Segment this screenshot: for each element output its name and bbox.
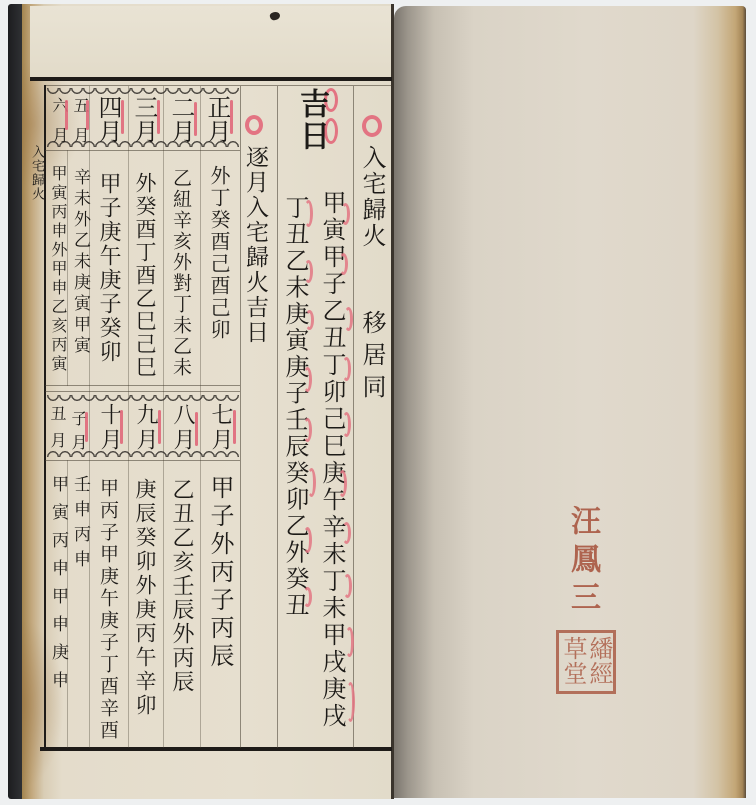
red-month-mark [195,412,198,446]
margin-label: 入宅歸火 [30,145,43,201]
name-stamp: 汪鳳三 [567,505,597,619]
column-divider [277,86,278,748]
month-label-7: 七月 [209,403,231,453]
month-label-1: 正月 [205,95,229,143]
month-days-9: 庚辰癸卯外庚丙午辛卯 [134,478,155,718]
red-month-mark [233,410,236,444]
frame-top-inner-line [45,85,392,86]
red-oval-mark [303,418,312,442]
cloud-border-lower-top [47,395,239,402]
frame-bottom-border [40,747,392,751]
month-label-10: 十月 [98,403,120,453]
section-title: 入宅歸火 [360,145,384,249]
column-divider [240,86,241,748]
month-days-4: 甲子庚午庚子癸卯 [97,172,119,364]
middle-divider-line [45,385,240,386]
red-month-mark [230,100,233,134]
month-days-2: 乙紐辛亥外對丁未乙未 [171,168,190,378]
red-oval-mark [343,574,352,598]
month-label-3: 三月 [132,95,156,143]
red-month-mark [121,100,124,134]
red-oval-mark [303,587,312,607]
lower-header-bottom-line [45,460,240,461]
grid-column-line [128,86,129,748]
auspicious-days-column-2: 丁丑乙未庚寅庚子壬辰癸卯乙外癸丑 [283,195,307,619]
red-circle-mark [245,115,263,135]
month-days-8: 乙丑乙亥壬辰外丙辰 [170,478,192,694]
right-page-edge-stain [700,40,746,740]
seal-right-column: 繙經 [587,636,611,691]
month-label-4: 四月 [96,95,120,143]
month-label-12: 丑月 [49,405,65,459]
month-days-12: 甲寅丙申甲申庚申 [49,475,66,699]
monthly-heading: 逐月入宅歸火吉日 [243,145,266,345]
month-days-11: 壬申丙申 [71,475,88,575]
month-days-7: 甲子外丙子丙辰 [208,475,232,671]
seal-left-column: 草堂 [561,636,585,691]
red-oval-mark [339,253,348,275]
red-oval-mark [345,627,354,657]
red-oval-mark [344,307,353,331]
cloud-border-upper-top [47,88,239,95]
frame-left-border [44,85,46,749]
red-oval-mark [303,527,312,553]
grid-column-line [200,86,201,748]
left-page-top-margin [30,6,392,78]
red-oval-mark [303,367,312,392]
book-spine [391,4,394,799]
red-oval-mark [338,470,347,497]
auspicious-heading: 吉日 [296,88,326,152]
red-circle-mark [362,115,382,137]
red-month-mark [158,410,161,444]
month-label-2: 二月 [169,95,193,143]
red-oval-mark [341,203,350,225]
red-oval-mark [305,310,314,330]
month-days-6: 甲寅丙申外甲申乙亥丙寅 [50,165,66,374]
month-days-1: 外丁癸酉己酉己卯 [209,165,229,341]
red-month-mark [65,100,68,130]
month-days-3: 外癸酉丁酉乙巳己巳 [134,172,155,379]
month-label-8: 八月 [171,403,193,453]
month-label-9: 九月 [134,403,156,453]
red-oval-mark [346,682,355,722]
red-month-mark [85,412,88,442]
middle-divider-line [45,391,240,392]
red-oval-mark [307,468,316,497]
red-month-mark [120,410,123,444]
frame-top-border [30,77,392,81]
red-oval-mark [342,412,351,437]
section-note: 移居同 [360,310,384,406]
red-oval-mark [342,357,351,381]
month-days-10: 甲丙子甲庚午庚子丁酉辛酉 [98,478,117,742]
square-seal: 繙經 草堂 [556,630,616,694]
red-oval-mark [304,260,313,283]
month-days-5: 辛未外乙未庚寅甲寅 [71,168,88,357]
red-oval-mark [304,200,313,227]
red-month-mark [194,102,197,136]
red-month-mark [86,100,89,130]
red-month-mark [157,100,160,134]
red-oval-mark [342,522,351,544]
grid-column-line [163,86,164,748]
month-label-11: 子月 [70,410,86,458]
